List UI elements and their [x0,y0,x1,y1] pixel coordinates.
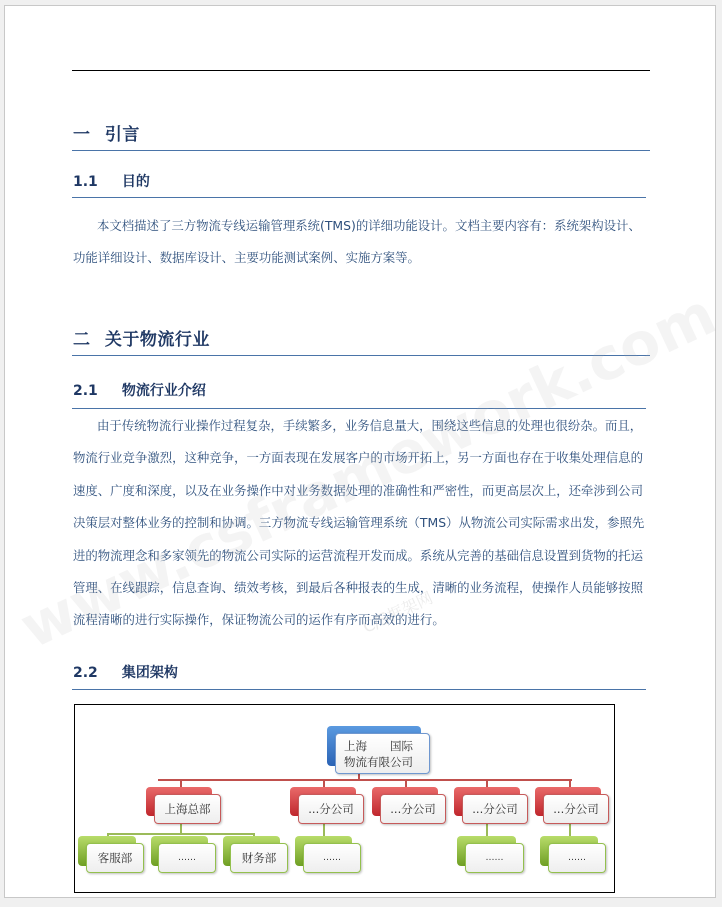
org-node-label: ...分公司 [553,801,598,817]
paragraph-purpose: 本文档描述了三方物流专线运输管理系统(TMS)的详细功能设计。文档主要内容有：系… [73,210,651,275]
paragraph-line: 功能详细设计、数据库设计、主要功能测试案例、实施方案等。 [73,242,651,274]
connector-line [158,779,572,781]
subheading-rule [72,408,646,409]
heading-title: 引言 [105,125,140,145]
heading-number: 一 [73,125,91,145]
heading-rule [72,150,650,151]
header-rule [72,70,650,71]
connector-line [358,773,360,780]
org-chart-figure: 上海 国际 物流有限公司 上海总部 ...分公司 ...分公司 ...分公司 .… [74,704,615,893]
paragraph-line: 管理、在线跟踪，信息查询、绩效考核，到最后各种报表的生成，清晰的业务流程，使操作… [73,572,651,604]
heading-1-intro: 一 引言 [73,120,140,145]
org-node-label: 财务部 [242,850,277,866]
heading-2-industry-intro: 2.1 物流行业介绍 [73,380,206,400]
heading-title: 关于物流行业 [105,330,210,350]
heading-title: 集团架构 [122,665,178,681]
org-node-label: ...分公司 [390,801,435,817]
heading-2-group-structure: 2.2 集团架构 [73,662,178,682]
org-node-label: 客服部 [98,850,133,866]
org-node-label: 上海 国际 [344,738,413,754]
paragraph-line: 速度、广度和深度，以及在业务操作中对业务数据处理的准确性和严密性，而更高层次上，… [73,475,651,507]
subheading-rule [72,197,646,198]
heading-number: 二 [73,330,91,350]
org-node-label: …… [178,853,196,863]
paragraph-line: 物流行业竞争激烈，这种竞争，一方面表现在发展客户的市场开拓上，另一方面也存在于收… [73,442,651,474]
org-node-label: …… [323,853,341,863]
org-node-label: 物流有限公司 [344,754,413,770]
paragraph-industry: 由于传统物流行业操作过程复杂，手续繁多，业务信息量大，围绕这些信息的处理也很纷杂… [73,410,651,637]
paragraph-line: 流程清晰的进行实际操作，保证物流公司的运作有序而高效的进行。 [73,604,651,636]
heading-rule [72,355,650,356]
heading-title: 目的 [122,174,150,190]
heading-number: 1.1 [73,174,117,190]
heading-2-purpose: 1.1 目的 [73,171,150,191]
org-node-label: …… [486,853,504,863]
paragraph-line: 决策层对整体业务的控制和协调。三方物流专线运输管理系统（TMS）从物流公司实际需… [73,507,651,539]
paragraph-line: 进的物流理念和多家领先的物流公司实际的运营流程开发而成。系统从完善的基础信息设置… [73,540,651,572]
heading-1-logistics: 二 关于物流行业 [73,325,210,350]
heading-number: 2.2 [73,665,117,681]
connector-line [180,823,182,834]
subheading-rule [72,689,646,690]
org-node-label: …… [568,853,586,863]
heading-number: 2.1 [73,383,117,399]
org-node-label: ...分公司 [308,801,353,817]
heading-title: 物流行业介绍 [122,383,206,399]
org-node-label: 上海总部 [165,801,211,817]
org-node-label: ...分公司 [472,801,517,817]
paragraph-line: 本文档描述了三方物流专线运输管理系统(TMS)的详细功能设计。文档主要内容有：系… [73,210,651,242]
paragraph-line: 由于传统物流行业操作过程复杂，手续繁多，业务信息量大，围绕这些信息的处理也很纷杂… [73,410,651,442]
